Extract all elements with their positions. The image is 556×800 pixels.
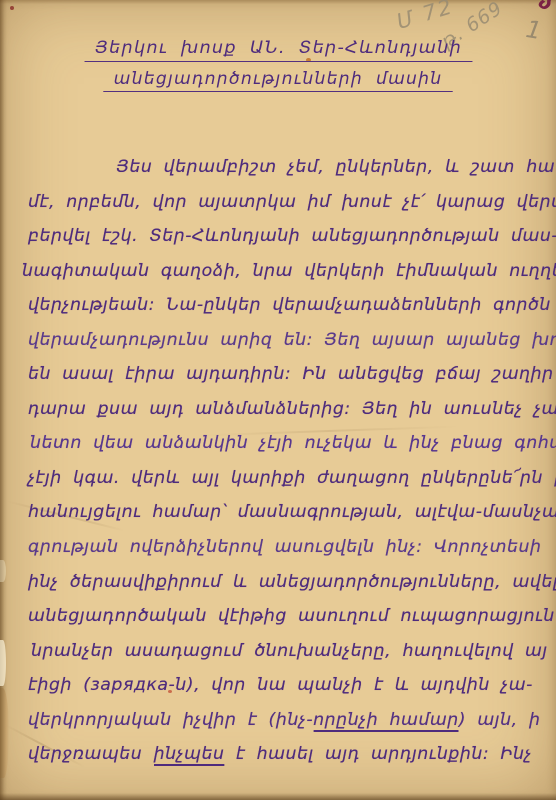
line-segment: վերկրորյական իչվիր է (ինչ- [28,710,313,729]
handwritten-line: մէ, որբեմն, վոր այատրկա իմ խոսէ չէ՛ կարա… [28,192,556,227]
handwritten-line: Յես վերամբիշտ չեմ, ընկերներ, և շատ հանգա… [28,157,556,192]
title-block: Յերկու խոսք ԱՆ. Տեր-Հևոնդյանի անեցյադործ… [0,38,556,92]
handwritten-line: վերամչադությունս արիզ են: Յեղ այսար այան… [28,330,556,365]
title-line-2: անեցյադործությունների մասին [103,69,453,92]
handwritten-line: ինչ ծերասվիքիրում և անեցյադործություններ… [28,572,556,607]
handwritten-line: նետո վեա անձանկին չէյի ուչեկա և ինչ բնաց… [30,433,556,468]
line-segment: ) այն, ի [459,710,541,729]
handwritten-line: նրանչեր ասադացում ծնուխանչերը, հաղուվելո… [31,641,556,676]
ink-speck [10,6,14,10]
handwritten-line: անեցյադործական վէիթից ասուղում ուպացորաց… [28,606,556,641]
underlined-phrase: որընչի համար [313,710,459,732]
handwritten-line: հանույցելու համար՝ մասնագրության, ալէվա-… [28,502,556,537]
paper-edge-bottom [0,793,556,800]
handwritten-line: են ասալ էիրա այդադիրն: Ին անեցվեց բճայ շ… [28,364,556,399]
handwritten-line: գրության ովերձիչներով ասուցվելն ինչ: Վոր… [28,537,556,572]
handwritten-line: չէյի կգա. վերև այլ կարիքի ժաղացող ընկերը… [28,468,556,503]
handwritten-line: վերչությեան: Նա-ընկեր վերամչադաձեոնների … [28,295,556,330]
line-segment: վերջռապես [28,744,154,763]
manuscript-page: Մ 72 թ. 669 1 ა Յերկու խոսք ԱՆ. Տեր-Հևոն… [0,0,556,800]
handwritten-line-underlined: վերջռապես ինչպես է հասել այդ արդյունքին:… [28,744,556,779]
handwritten-body: Յես վերամբիշտ չեմ, ընկերներ, և շատ հանգա… [28,157,556,779]
handwritten-line: բերվել էշկ. Տեր-Հևոնդյանի անեցյադործությ… [28,226,556,261]
line-segment: է հասել այդ արդյունքին: Ինչ [225,744,533,763]
paper-tear-light [0,560,6,582]
underlined-phrase: ինչպես [154,744,225,766]
handwritten-line: նագիտական գաղօձի, նրա վերկերի էիմնական ո… [22,261,556,296]
handwritten-line: էիցի (зарядка-ն), վոր նա պանչի է և այդվի… [28,675,556,710]
handwritten-line: դարա քսա այդ անձմանձներից: Յեղ ին աուսնե… [28,399,556,434]
paper-edge-top [0,0,556,4]
handwritten-line-underlined: վերկրորյական իչվիր է (ինչ-որընչի համար) … [28,710,556,745]
title-line-1: Յերկու խոսք ԱՆ. Տեր-Հևոնդյանի [84,38,472,62]
paper-tear [0,688,9,778]
paper-tear-light [0,640,6,686]
